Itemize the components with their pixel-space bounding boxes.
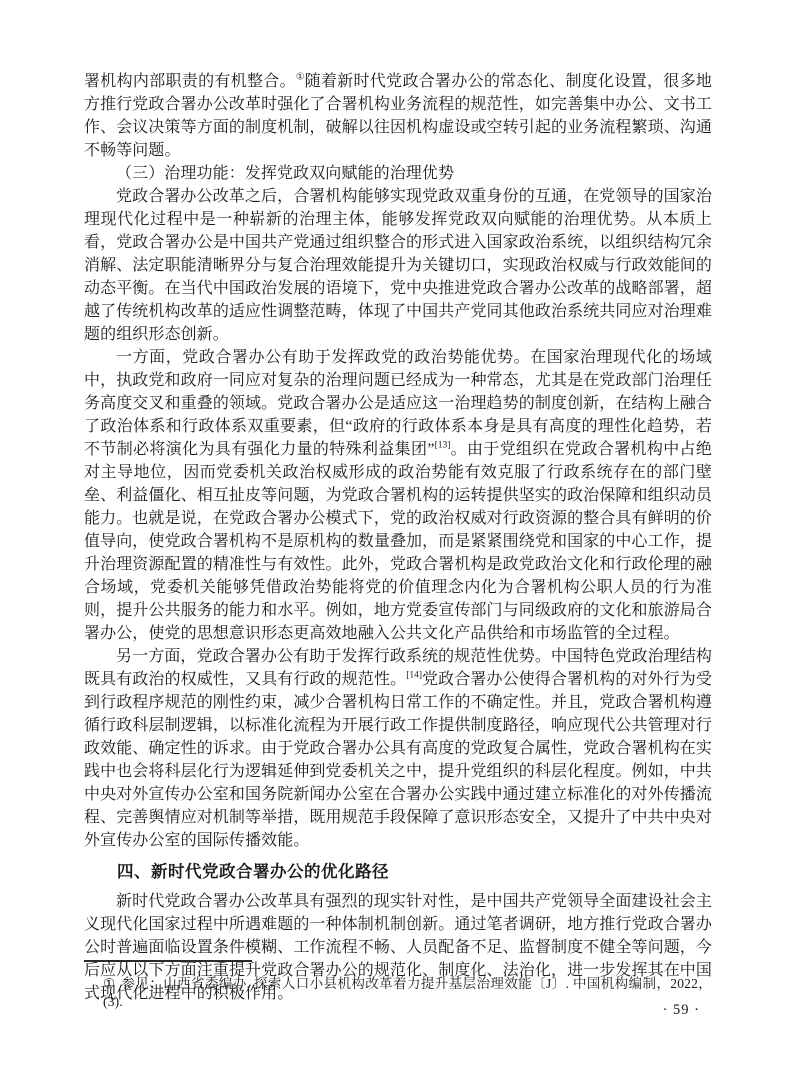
section-heading-4: 四、新时代党政合署办公的优化路径 <box>84 861 712 884</box>
paragraph-governance-overview: 党政合署办公改革之后，合署机构能够实现党政双重身份的互通，在党领导的国家治理现代… <box>84 185 712 346</box>
footnote-marker: ① <box>103 976 116 991</box>
text-segment: 四、新时代党政合署办公的优化路径 <box>117 863 389 881</box>
article-body: 署机构内部职责的有机整合。①随着新时代党政合署办公的常态化、制度化设置，很多地方… <box>84 70 712 1005</box>
footnote-divider <box>84 960 252 962</box>
text-segment: 署机构内部职责的有机整合。 <box>84 73 296 90</box>
document-page: 署机构内部职责的有机整合。①随着新时代党政合署办公的常态化、制度化设置，很多地方… <box>0 0 793 1077</box>
paragraph-continuation: 署机构内部职责的有机整合。①随着新时代党政合署办公的常态化、制度化设置，很多地方… <box>84 70 712 162</box>
reference-superscript: [13] <box>435 441 451 451</box>
paragraph-administrative-advantage: 另一方面，党政合署办公有助于发挥行政系统的规范性优势。中国特色党政治理结构既具有… <box>84 645 712 852</box>
paragraph-party-advantage: 一方面，党政合署办公有助于发挥政党的政治势能优势。在国家治理现代化的场域中，执政… <box>84 346 712 645</box>
reference-superscript: ① <box>296 73 305 83</box>
text-segment: 。由于党组织在党政合署机构中占绝对主导地位，因而党委机关政治权威形成的政治势能有… <box>84 441 712 642</box>
footnote: ①参见：山西省委编办. 探索人口小县机构改革着力提升基层治理效能〔J〕. 中国机… <box>84 975 712 1011</box>
text-segment: （三）治理功能：发挥党政双向赋能的治理优势 <box>116 165 454 182</box>
page-number: · 59 · <box>663 1002 700 1019</box>
text-segment: 党政合署办公使得合署机构的对外行为受到行政程序规范的刚性约束，减少合署机构日常工… <box>84 671 712 849</box>
reference-superscript: [14] <box>406 671 422 681</box>
footnote-area: ①参见：山西省委编办. 探索人口小县机构改革着力提升基层治理效能〔J〕. 中国机… <box>84 960 712 1011</box>
text-segment: 党政合署办公改革之后，合署机构能够实现党政双重身份的互通，在党领导的国家治理现代… <box>84 188 712 343</box>
footnote-text: 参见：山西省委编办. 探索人口小县机构改革着力提升基层治理效能〔J〕. 中国机构… <box>103 976 712 1009</box>
subsection-heading-3: （三）治理功能：发挥党政双向赋能的治理优势 <box>84 162 712 185</box>
